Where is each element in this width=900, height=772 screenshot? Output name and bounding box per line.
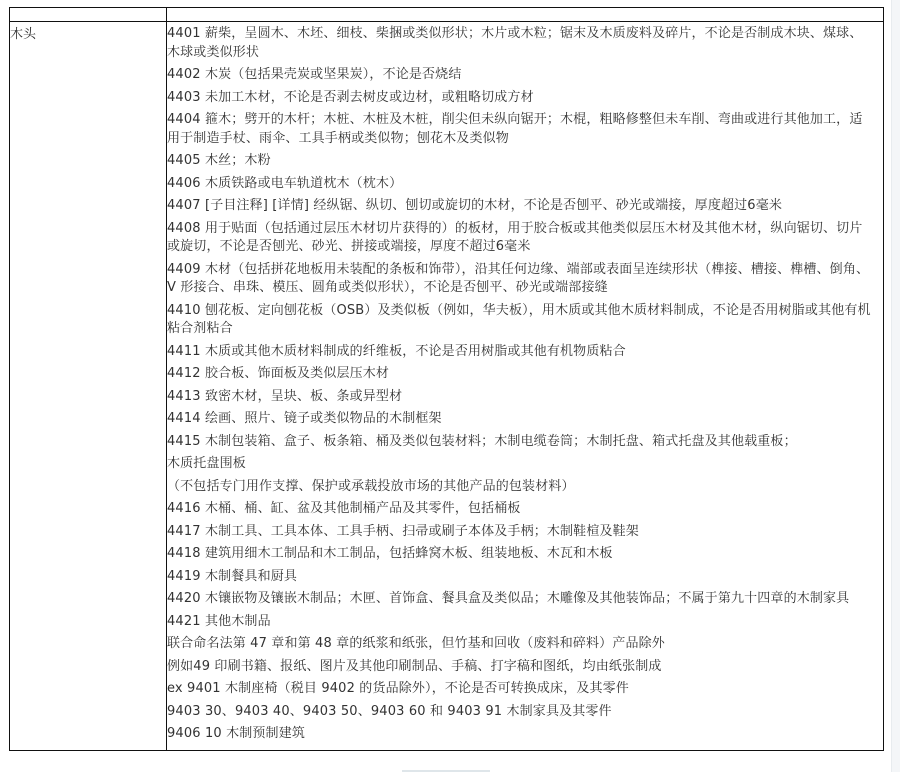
hs-item-4413: 4413 致密木材，呈块、板、条或异型材: [167, 388, 875, 407]
hs-item-4401: 4401 薪柴，呈圆木、木坯、细枝、柴捆或类似形状；木片或木粒；锯末及木质废料及…: [167, 25, 875, 62]
hs-item-4409: 4409 木材（包括拼花地板用未装配的条板和饰带），沿其任何边缘、端部或表面呈连…: [167, 261, 875, 298]
hs-item-4411: 4411 木质或其他木质材料制成的纤维板，不论是否用树脂或其他有机物质粘合: [167, 343, 875, 362]
hs-item-4402: 4402 木炭（包括果壳炭或坚果炭），不论是否烧结: [167, 66, 875, 85]
hs-item-4404: 4404 箍木；劈开的木杆；木桩、木桩及木桩，削尖但未纵向锯开；木棍，粗略修整但…: [167, 111, 875, 148]
hs-item-4410: 4410 刨花板、定向刨花板（OSB）及类似板（例如，华夫板），用木质或其他木质…: [167, 302, 875, 339]
table-row-top: [10, 8, 884, 22]
hs-item-4415: 4415 木制包装箱、盒子、板条箱、桶及类似包装材料；木制电缆卷筒；木制托盘、箱…: [167, 433, 875, 452]
hs-item-4405: 4405 木丝；木粉: [167, 152, 875, 171]
hs-item-ex9401: ex 9401 木制座椅（税目 9402 的货品除外），不论是否可转换成床，及其…: [167, 680, 875, 699]
hs-item-4417: 4417 木制工具、工具本体、工具手柄、扫帚或刷子本体及手柄；木制鞋楦及鞋架: [167, 523, 875, 542]
top-empty-cell-left: [10, 8, 167, 22]
hs-item-4407: 4407 [子目注释] [详情] 经纵锯、纵切、刨切或旋切的木材，不论是否刨平、…: [167, 197, 875, 216]
hs-item-4415-exclusion-note: （不包括专门用作支撑、保护或承载投放市场的其他产品的包装材料）: [167, 478, 875, 497]
hs-item-4419: 4419 木制餐具和厨具: [167, 568, 875, 587]
hs-item-4408: 4408 用于贴面（包括通过层压木材切片获得的）的板材，用于胶合板或其他类似层压…: [167, 220, 875, 257]
hs-item-4403: 4403 未加工木材，不论是否剥去树皮或边材，或粗略切成方材: [167, 89, 875, 108]
top-empty-cell-right: [167, 8, 884, 22]
product-scope-table: 木头 4401 薪柴，呈圆木、木坯、细枝、柴捆或类似形状；木片或木粒；锯末及木质…: [9, 7, 884, 751]
hs-item-9403: 9403 30、9403 40、9403 50、9403 60 和 9403 9…: [167, 703, 875, 722]
category-cell: 木头: [10, 22, 167, 751]
hs-item-940610: 9406 10 木制预制建筑: [167, 725, 875, 744]
hs-item-4415-pallet-collars: 木质托盘围板: [167, 455, 875, 474]
hs-item-4418: 4418 建筑用细木工制品和木工制品，包括蜂窝木板、组装地板、木瓦和木板: [167, 545, 875, 564]
hs-item-4420: 4420 木镶嵌物及镶嵌木制品；木匣、首饰盒、餐具盒及类似品；木雕像及其他装饰品…: [167, 590, 875, 609]
table-row: 木头 4401 薪柴，呈圆木、木坯、细枝、柴捆或类似形状；木片或木粒；锯末及木质…: [10, 22, 884, 751]
vertical-scrollbar[interactable]: [891, 0, 900, 772]
hs-item-4412: 4412 胶合板、饰面板及类似层压木材: [167, 365, 875, 384]
hs-item-49: 例如49 印刷书籍、报纸、图片及其他印刷制品、手稿、打字稿和图纸，均由纸张制成: [167, 658, 875, 677]
hs-item-4414: 4414 绘画、照片、镜子或类似物品的木制框架: [167, 410, 875, 429]
cn-chapter-47-48: 联合命名法第 47 章和第 48 章的纸浆和纸张，但竹基和回收（废料和碎料）产品…: [167, 635, 875, 654]
description-cell: 4401 薪柴，呈圆木、木坯、细枝、柴捆或类似形状；木片或木粒；锯末及木质废料及…: [167, 22, 884, 751]
hs-code-list: 4401 薪柴，呈圆木、木坯、细枝、柴捆或类似形状；木片或木粒；锯末及木质废料及…: [167, 22, 883, 744]
product-scope-table-container: 木头 4401 薪柴，呈圆木、木坯、细枝、柴捆或类似形状；木片或木粒；锯末及木质…: [9, 7, 882, 751]
category-label: 木头: [10, 22, 166, 45]
hs-item-4421: 4421 其他木制品: [167, 613, 875, 632]
hs-item-4406: 4406 木质铁路或电车轨道枕木（枕木）: [167, 175, 875, 194]
hs-item-4416: 4416 木桶、桶、缸、盆及其他制桶产品及其零件，包括桶板: [167, 500, 875, 519]
